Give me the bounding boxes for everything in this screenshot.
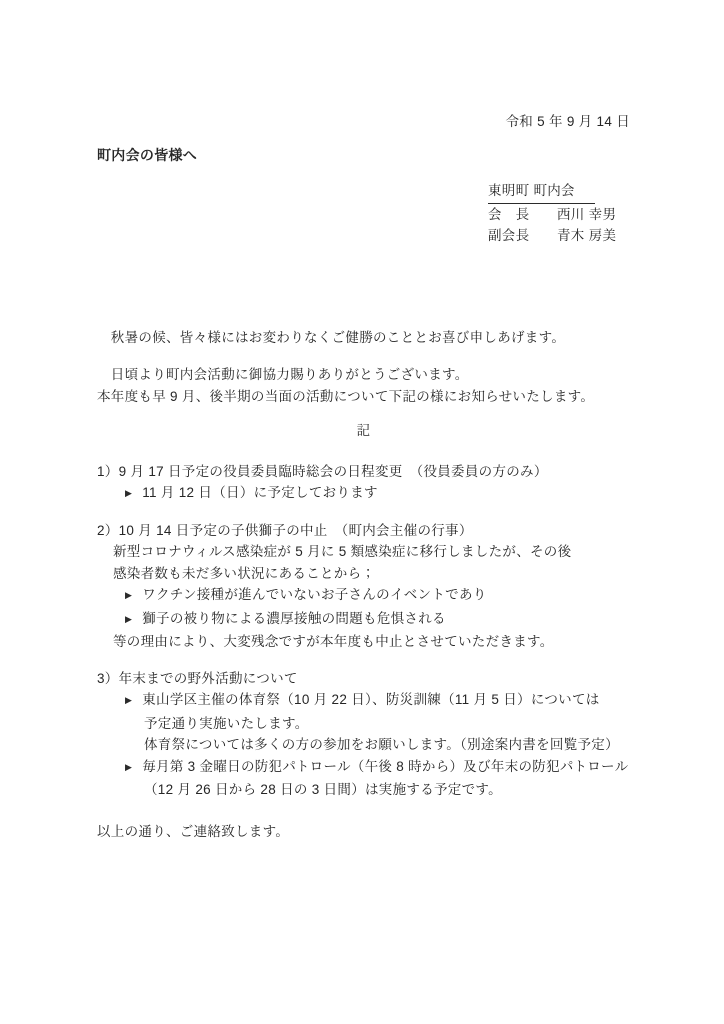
bullet-arrow-icon: ▶ [125,585,132,607]
item-2: 2）10 月 14 日予定の子供獅子の中止 （町内会主催の行事） 新型コロナウィ… [97,520,630,653]
item-3: 3）年末までの野外活動について ▶ 東山学区主催の体育祭（10 月 22 日）、… [97,668,630,801]
bullet-arrow-icon: ▶ [125,757,132,779]
letter-page: 令和 5 年 9 月 14 日 町内会の皆様へ 東明町 町内会 会 長 西川 幸… [0,0,724,1024]
item-2-heading: 2）10 月 14 日予定の子供獅子の中止 （町内会主催の行事） [97,520,630,542]
bullet-arrow-icon: ▶ [125,483,132,505]
item-2-para-line-3: 等の理由により、大変残念ですが本年度も中止とさせていただきます。 [113,631,630,653]
bullet-arrow-icon: ▶ [125,609,132,631]
intro-paragraph: 日頃より町内会活動に御協力賜りありがとうございます。 本年度も早 9 月、後半期… [97,364,630,407]
salutation: 町内会の皆様へ [97,144,630,166]
item-2-bullet-2: ▶ 獅子の被り物による濃厚接触の問題も危惧される [125,608,630,632]
item-1: 1）9 月 17 日予定の役員委員臨時総会の日程変更 （役員委員の方のみ） ▶ … [97,461,630,506]
record-marker: 記 [97,420,630,442]
item-3-bullet-1-text: 東山学区主催の体育祭（10 月 22 日）、防災訓練（11 月 5 日）について… [142,689,599,711]
item-3-bullet-1-cont-2: 体育祭については多くの方の参加をお願いします。（別途案内書を回覧予定） [144,734,630,756]
closing-line: 以上の通り、ご連絡致します。 [97,821,630,843]
item-1-heading: 1）9 月 17 日予定の役員委員臨時総会の日程変更 （役員委員の方のみ） [97,461,630,483]
item-3-bullet-2-cont-1: （12 月 26 日から 28 日の 3 日間）は実施する予定です。 [144,779,630,801]
item-2-bullet-2-text: 獅子の被り物による濃厚接触の問題も危惧される [142,608,446,630]
document-date: 令和 5 年 9 月 14 日 [97,112,630,132]
item-3-bullet-1: ▶ 東山学区主催の体育祭（10 月 22 日）、防災訓練（11 月 5 日）につ… [125,689,630,713]
item-2-para-line-1: 新型コロナウィルス感染症が 5 月に 5 類感染症に移行しましたが、その後 [113,541,630,563]
sender-org-line: 東明町 町内会 [488,180,630,204]
item-3-bullet-1-cont-1: 予定通り実施いたします。 [144,713,630,735]
intro-line-2: 本年度も早 9 月、後半期の当面の活動について下記の様にお知らせいたします。 [97,386,630,408]
sender-block: 東明町 町内会 会 長 西川 幸男 副会長 青木 房美 [488,180,630,247]
item-3-bullet-2: ▶ 毎月第 3 金曜日の防犯パトロール（午後 8 時から）及び年末の防犯パトロー… [125,756,630,780]
item-2-bullet-1-text: ワクチン接種が進んでいないお子さんのイベントであり [142,584,486,606]
bullet-arrow-icon: ▶ [125,690,132,712]
sender-org: 東明町 町内会 [488,180,595,204]
item-1-bullet-1-text: 11 月 12 日（日）に予定しております [142,482,378,504]
item-3-bullet-2-text: 毎月第 3 金曜日の防犯パトロール（午後 8 時から）及び年末の防犯パトロール [142,756,628,778]
item-2-para-line-2: 感染者数も未だ多い状況にあることから； [113,563,630,585]
intro-line-1: 日頃より町内会活動に御協力賜りありがとうございます。 [97,364,630,386]
seasonal-greeting: 秋暑の候、皆々様にはお変わりなくご健勝のこととお喜び申しあげます。 [97,327,630,349]
sender-chairman-line: 会 長 西川 幸男 [488,204,630,226]
item-1-bullet-1: ▶ 11 月 12 日（日）に予定しております [125,482,630,506]
item-3-heading: 3）年末までの野外活動について [97,668,630,690]
letter-content: 令和 5 年 9 月 14 日 町内会の皆様へ 東明町 町内会 会 長 西川 幸… [0,0,724,1024]
item-2-bullet-1: ▶ ワクチン接種が進んでいないお子さんのイベントであり [125,584,630,608]
sender-vice-chairman-line: 副会長 青木 房美 [488,225,630,247]
